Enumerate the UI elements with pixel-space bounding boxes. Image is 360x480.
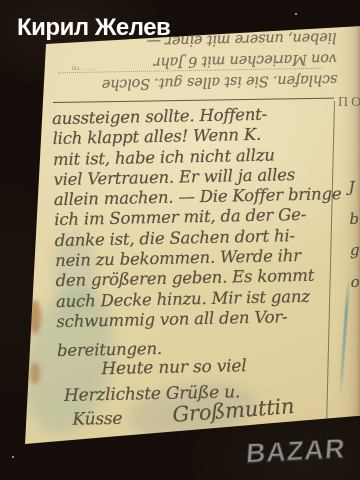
handwriting-closing-line: Küsse	[72, 409, 122, 430]
seller-name-watermark: Кирил Желев	[17, 14, 170, 42]
handwriting-margin-fragment: gr	[350, 241, 360, 259]
handwriting-main-block: aussteigen sollte. Hoffent- lich klappt …	[52, 103, 353, 362]
handwriting-layer: schlafen. Sie ist alles gut. Solche von …	[0, 0, 360, 480]
handwriting-margin-fragment: J	[348, 178, 354, 196]
photo-of-postcard: Пл. …… ПО schlafen. Sie ist alles gut. S…	[0, 0, 360, 480]
dust-speck	[12, 456, 14, 458]
dust-speck	[295, 13, 297, 15]
handwriting-margin-fragment: o	[350, 273, 359, 291]
postcard: Пл. …… ПО schlafen. Sie ist alles gut. S…	[0, 0, 360, 480]
handwriting-closing-line: Heute nur so viel	[101, 356, 246, 379]
handwriting-margin-fragment: b	[349, 210, 359, 228]
bazar-logo-watermark: BAZAR	[245, 433, 347, 469]
